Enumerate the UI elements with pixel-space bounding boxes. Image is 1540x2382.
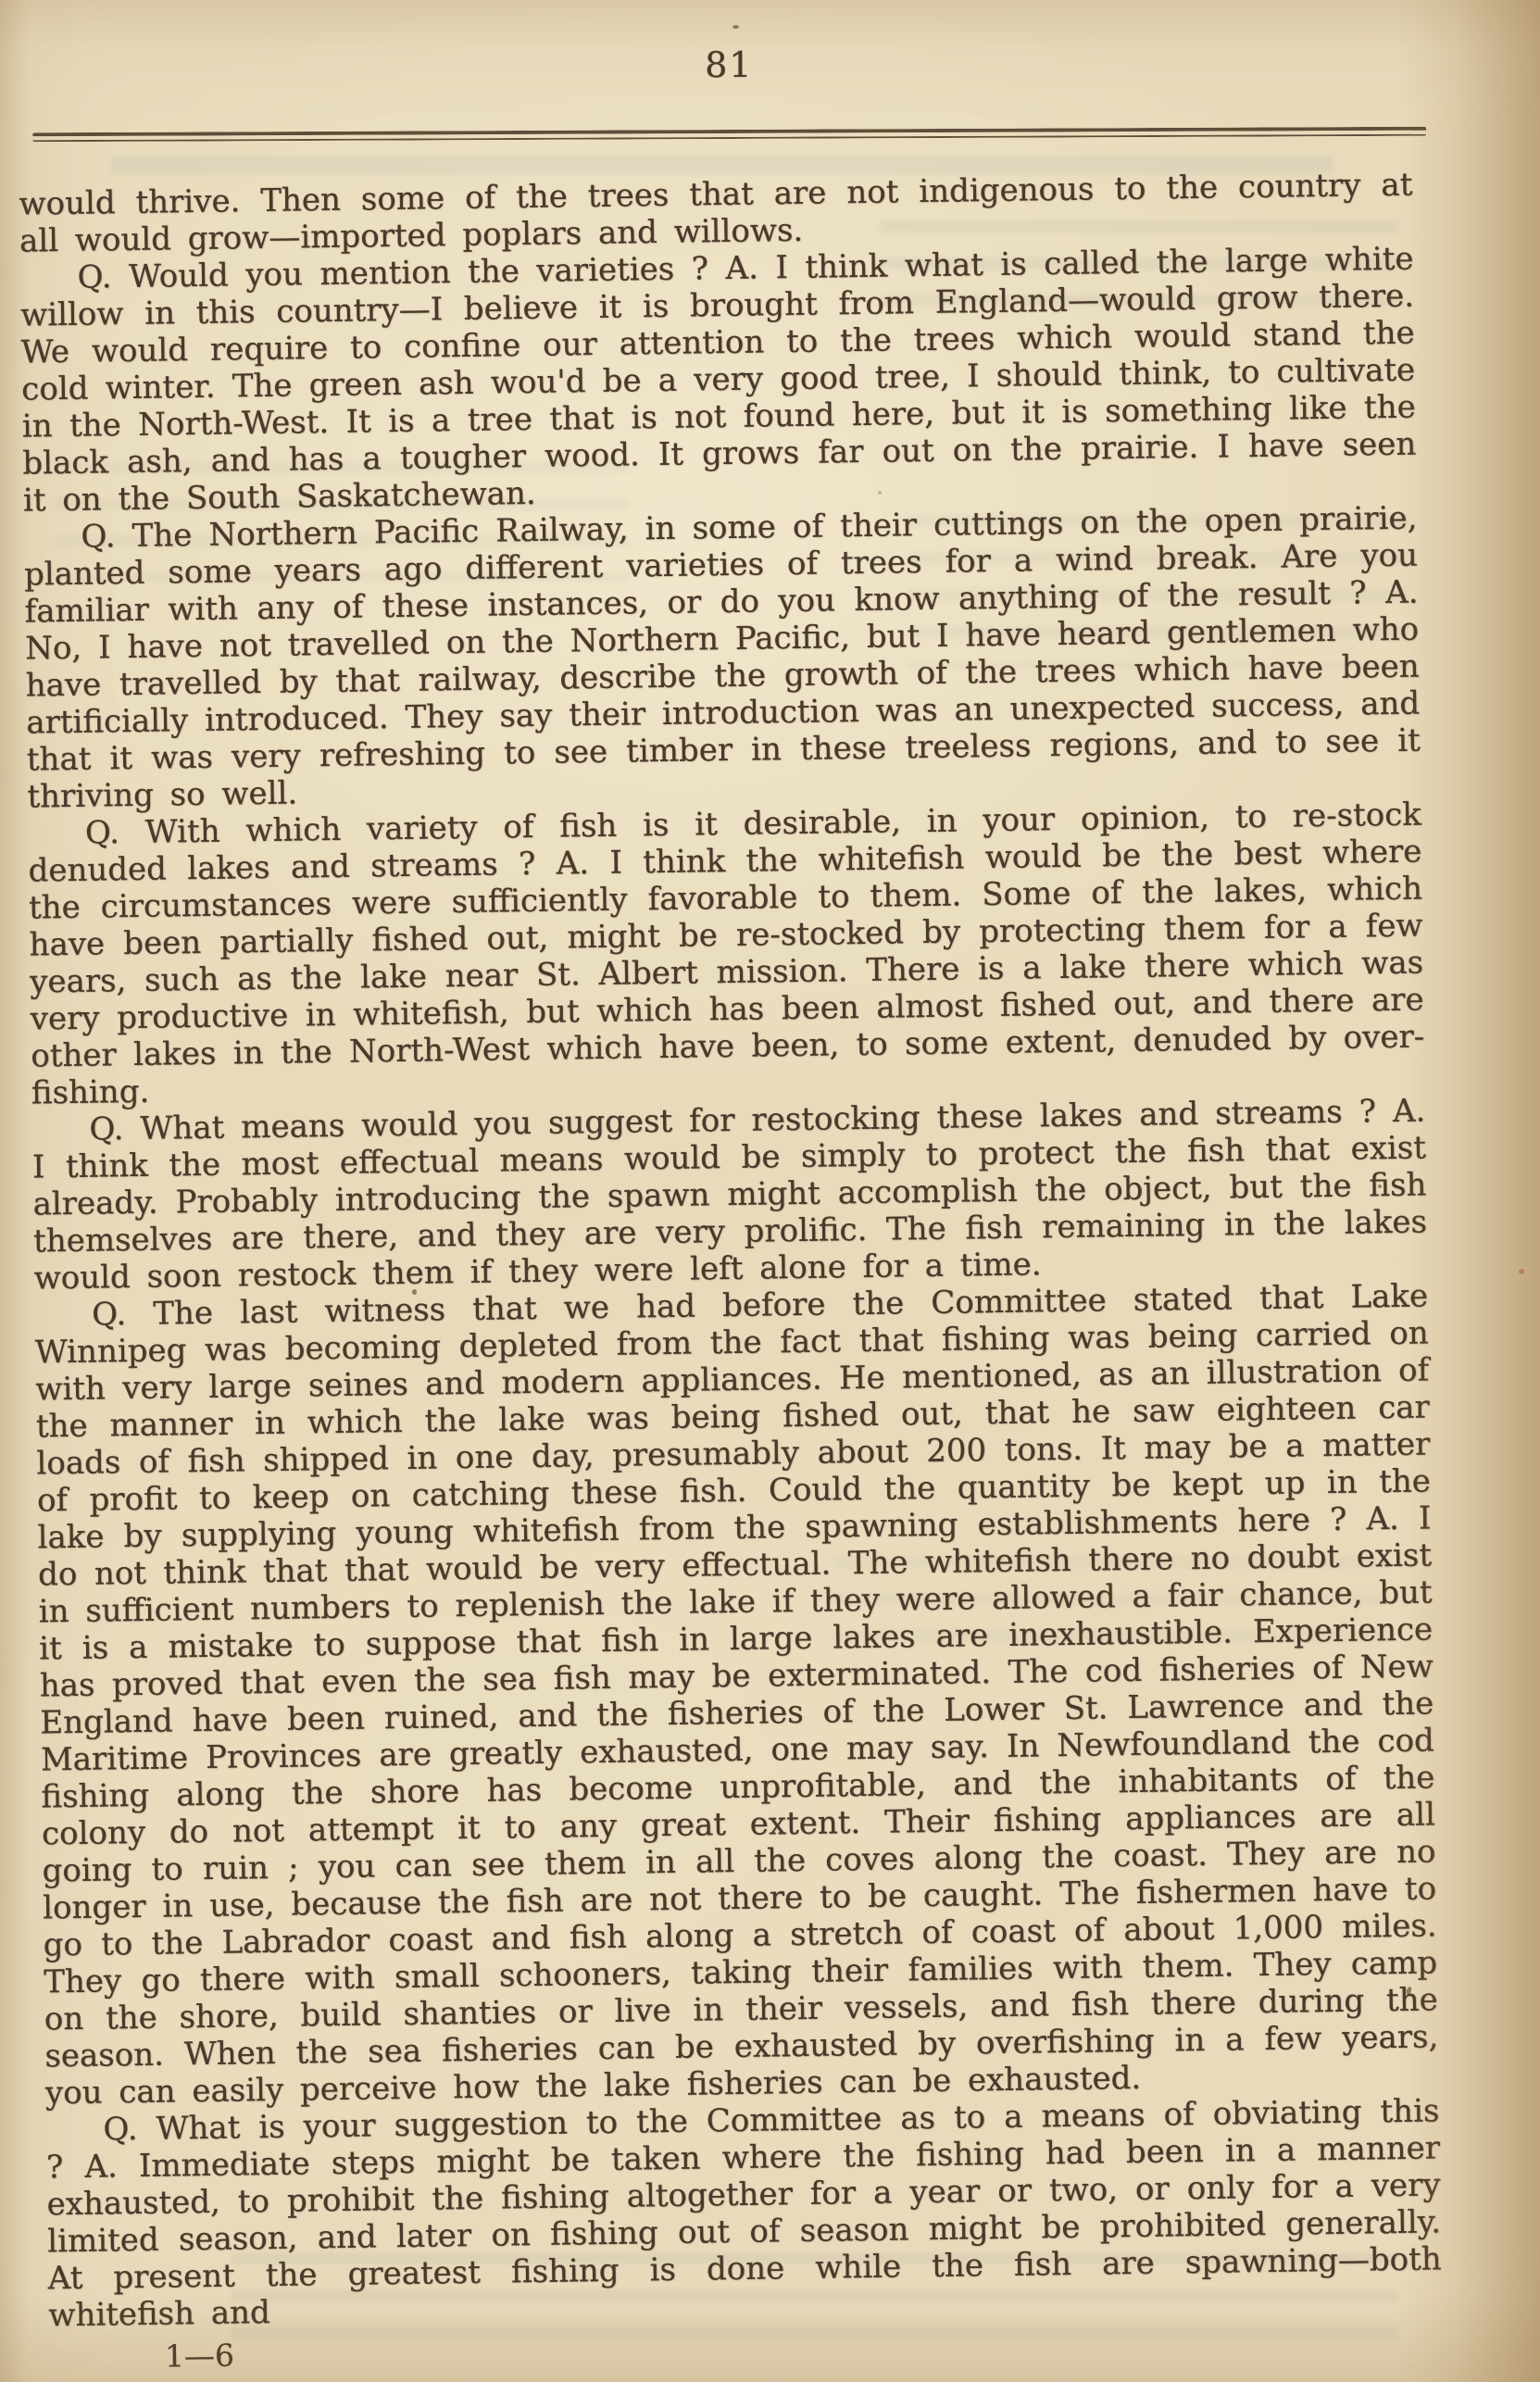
qa-paragraph-restock-means: Q. What means would you suggest for rest… (31, 1092, 1428, 1297)
page-number: 81 (32, 42, 1426, 89)
qa-paragraph-varieties: Q. Would you mention the varieties ? A. … (19, 241, 1417, 520)
text-block: would thrive. Then some of the trees tha… (19, 167, 1443, 2377)
ink-speck (878, 491, 882, 495)
ink-speck (732, 25, 739, 29)
qa-paragraph-restock-variety: Q. With which variety of fish is it desi… (28, 796, 1425, 1112)
scanned-document-page: 81 would thrive. Then some of the trees … (0, 0, 1540, 2382)
qa-paragraph-lake-winnipeg: Q. The last witness that we had before t… (34, 1277, 1439, 2112)
page-content: 81 would thrive. Then some of the trees … (0, 0, 1540, 2367)
header-double-rule (32, 127, 1426, 143)
page-masthead: 81 (32, 42, 1426, 143)
testimony-body: would thrive. Then some of the trees tha… (19, 167, 1442, 2335)
ink-speck (1378, 1185, 1382, 1188)
qa-paragraph-suggestion: Q. What is your suggestion to the Commit… (45, 2092, 1442, 2334)
paper-stain (1519, 1269, 1524, 1274)
ink-speck (412, 1289, 417, 1295)
qa-paragraph-northern-pacific: Q. The Northern Pacific Railway, in some… (23, 500, 1421, 816)
